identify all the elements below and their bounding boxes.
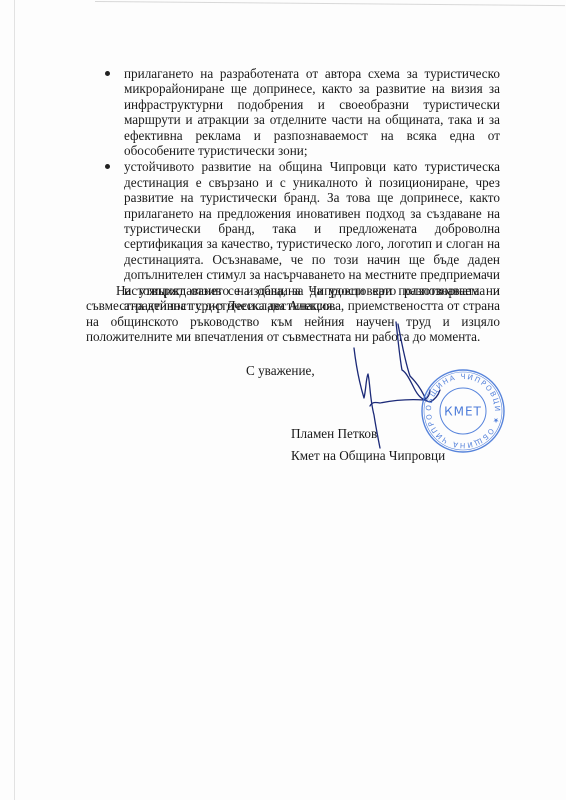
bullet-icon [105,71,110,76]
closing-salutation: С уважение, [246,363,315,379]
signer-title: Кмет на Община Чипровци [291,448,445,464]
official-stamp: ОБЩИНА ЧИПРОВЦИ ★ ОБЩИНА ЧИПРОВЦИ КМЕТ [420,368,506,454]
bullet-item: прилагането на разработената от автора с… [100,66,500,158]
signer-name: Пламен Петков [291,426,377,442]
scan-edge-left [14,0,15,800]
bullet-icon [105,164,110,169]
scan-edge-top [95,1,565,6]
bullet-text: прилагането на разработената от автора с… [124,66,500,158]
document-page: прилагането на разработената от автора с… [0,0,566,800]
bullet-list: прилагането на разработената от автора с… [100,66,500,315]
stamp-center-text: КМЕТ [444,405,482,419]
